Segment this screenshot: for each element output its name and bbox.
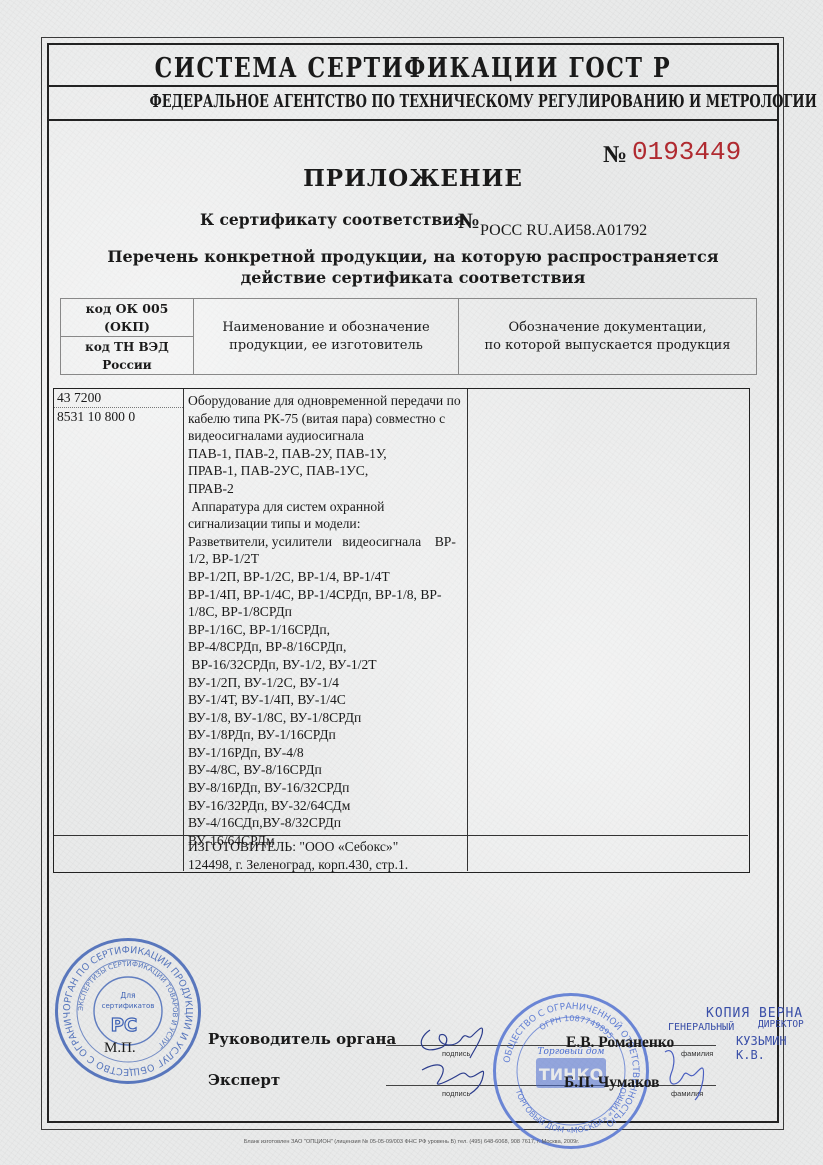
header-product-name: Наименование и обозначение продукции, ее…	[194, 299, 459, 374]
manufacturer-line: 124498, г. Зеленоград, корп.430, стр.1.	[188, 856, 463, 874]
company-seal: ОБЩЕСТВО С ОГРАНИЧЕННОЙ ОТВЕТСТВЕННОСТЬЮ…	[493, 993, 649, 1149]
manufacturer-line: ИЗГОТОВИТЕЛЬ: "ООО «Себокс»"	[188, 838, 463, 856]
head-of-body-label: Руководитель органа	[208, 1030, 396, 1048]
seal-ring-text-icon: ОРГАН ПО СЕРТИФИКАЦИИ ПРОДУКЦИИ И УСЛУГ …	[58, 941, 198, 1081]
code-tnved-value: 8531 10 800 0	[54, 408, 183, 426]
product-line: ВР-1/4П, ВР-1/4С, ВР-1/4СРДп, ВР-1/8, ВР…	[188, 586, 463, 604]
page-title: ПРИЛОЖЕНИЕ	[47, 165, 779, 192]
product-line: ВУ-1/8РДп, ВУ-1/16СРДп	[188, 726, 463, 744]
column-header-table: код ОК 005 (ОКП) код ТН ВЭД России Наиме…	[60, 298, 757, 375]
expert-name: Б.П. Чумаков	[564, 1074, 660, 1092]
company-seal-ring-text-icon: ОБЩЕСТВО С ОГРАНИЧЕННОЙ ОТВЕТСТВЕННОСТЬЮ…	[496, 996, 646, 1146]
list-title-line-2: действие сертификата соответствия	[47, 267, 779, 288]
product-line: ВР-16/32СРДп, ВУ-1/2, ВУ-1/2Т	[188, 656, 463, 674]
certificate-number-sign: №	[458, 208, 480, 234]
system-title: СИСТЕМА СЕРТИФИКАЦИИ ГОСТ Р	[113, 53, 713, 84]
header-code-tnved: код ТН ВЭД России	[61, 337, 194, 374]
header-documentation: Обозначение документации, по которой вып…	[459, 299, 756, 374]
header-divider-top	[47, 85, 779, 87]
copy-stamp-line-3: ДИРЕКТОР	[758, 1019, 804, 1030]
product-line: 1/2, ВР-1/2Т	[188, 550, 463, 568]
product-line: Аппаратура для систем охранной	[188, 498, 463, 516]
product-line: 1/8С, ВР-1/8СРДп	[188, 603, 463, 621]
product-line: ВУ-1/8, ВУ-1/8С, ВУ-1/8СРДп	[188, 709, 463, 727]
list-title: Перечень конкретной продукции, на котору…	[47, 246, 779, 288]
svg-text:сертификатов: сертификатов	[102, 1002, 155, 1010]
table-row-2-manufacturer: ИЗГОТОВИТЕЛЬ: "ООО «Себокс»"124498, г. З…	[184, 836, 468, 871]
product-line: ВУ-1/4Т, ВУ-1/4П, ВУ-1/4С	[188, 691, 463, 709]
list-title-line-1: Перечень конкретной продукции, на котору…	[47, 246, 779, 267]
product-line: ВУ-1/16РДп, ВУ-4/8	[188, 744, 463, 762]
products-table: 43 7200 8531 10 800 0 Оборудование для о…	[53, 388, 750, 873]
product-line: ВУ-8/16РДп, ВУ-16/32СРДп	[188, 779, 463, 797]
head-name: Е.В. Романенко	[566, 1034, 674, 1052]
product-line: ПАВ-1, ПАВ-2, ПАВ-2У, ПАВ-1У,	[188, 445, 463, 463]
form-number: 0193449	[632, 137, 741, 167]
expert-label: Эксперт	[208, 1071, 280, 1089]
header-product-name-line-2: продукции, ее изготовитель	[222, 337, 429, 355]
product-line: ВУ-16/32РДп, ВУ-32/64СДм	[188, 797, 463, 815]
header-documentation-line-2: по которой выпускается продукция	[485, 337, 731, 355]
product-line: ПРАВ-1, ПАВ-2УС, ПАВ-1УС,	[188, 462, 463, 480]
product-line: ПРАВ-2	[188, 480, 463, 498]
copy-stamp-line-2: ГЕНЕРАЛЬНЫЙ	[668, 1022, 734, 1033]
seal-place-label: М.П.	[104, 1040, 136, 1057]
printer-note: Бланк изготовлен ЗАО "ОПЦИОН" (лицензия …	[0, 1139, 823, 1145]
product-line: сигнализации типы и модели:	[188, 515, 463, 533]
product-line: ВР-1/2П, ВР-1/2С, ВР-1/4, ВР-1/4Т	[188, 568, 463, 586]
product-line: Разветвители, усилители видеосигнала ВР-	[188, 533, 463, 551]
agency-title: ФЕДЕРАЛЬНОЕ АГЕНТСТВО ПО ТЕХНИЧЕСКОМУ РЕ…	[149, 91, 676, 112]
svg-text:Для: Для	[120, 991, 135, 1000]
table-row-2-documentation	[468, 836, 748, 871]
product-line: кабелю типа РК-75 (витая пара) совместно…	[188, 410, 463, 428]
certification-body-seal: ОРГАН ПО СЕРТИФИКАЦИИ ПРОДУКЦИИ И УСЛУГ …	[55, 938, 201, 1084]
product-line: ВУ-4/8С, ВУ-8/16СРДп	[188, 761, 463, 779]
product-line: ВУ-1/2П, ВУ-1/2С, ВУ-1/4	[188, 674, 463, 692]
table-row-1-documentation	[468, 389, 748, 836]
svg-text:РС: РС	[111, 1015, 137, 1036]
header-documentation-line-1: Обозначение документации,	[485, 319, 731, 337]
table-row-2-codes	[54, 836, 184, 871]
product-line: ВР-1/16С, ВР-1/16СРДп,	[188, 621, 463, 639]
header-divider-bottom	[47, 119, 779, 121]
table-row-1-products: Оборудование для одновременной передачи …	[184, 389, 468, 836]
certificate-label: К сертификату соответствия	[200, 210, 465, 229]
product-line: ВР-4/8СРДп, ВР-8/16СРДп,	[188, 638, 463, 656]
copy-certified-stamp: КОПИЯ ВЕРНА ГЕНЕРАЛЬНЫЙ ДИРЕКТОР КУЗЬМИН…	[672, 1006, 822, 1056]
product-line: ВУ-4/16СДп,ВУ-8/32СРДп	[188, 814, 463, 832]
header-code-okp: код ОК 005 (ОКП)	[61, 299, 194, 337]
header-product-name-line-1: Наименование и обозначение	[222, 319, 429, 337]
product-line: видеосигналами аудиосигнала	[188, 427, 463, 445]
certificate-number: РОСС RU.АИ58.А01792	[480, 222, 647, 240]
copy-stamp-line-4: КУЗЬМИН К.В.	[736, 1034, 822, 1062]
product-line: Оборудование для одновременной передачи …	[188, 392, 463, 410]
code-okp-value: 43 7200	[54, 389, 183, 408]
table-row-1-codes: 43 7200 8531 10 800 0	[54, 389, 184, 836]
